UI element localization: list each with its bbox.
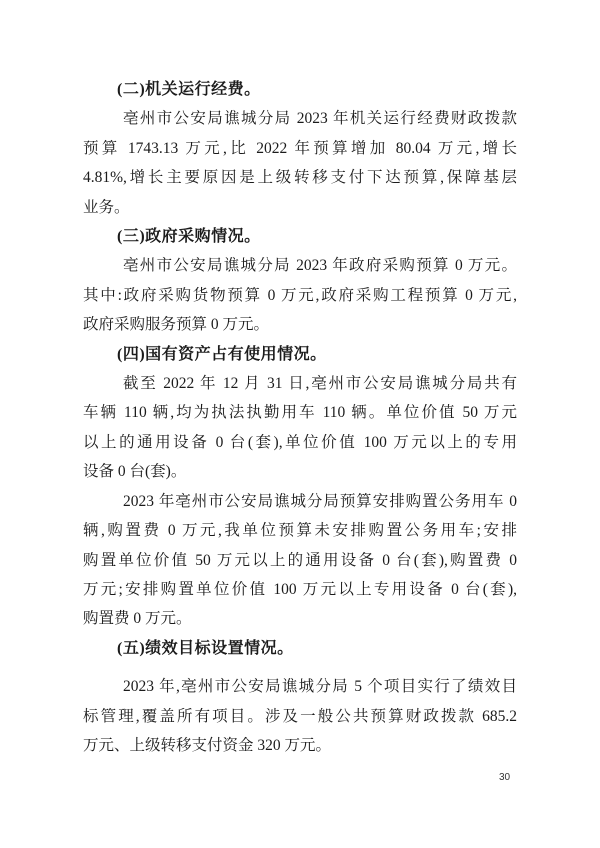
document-page: (二)机关运行经费。亳州市公安局谯城分局 2023 年机关运行经费财政拨款预算 …: [0, 0, 600, 848]
document-body: (二)机关运行经费。亳州市公安局谯城分局 2023 年机关运行经费财政拨款预算 …: [83, 75, 517, 760]
text-line: 标管理,覆盖所有项目。涉及一般公共预算财政拨款 685.2: [83, 702, 517, 731]
text-line: 业务。: [83, 193, 517, 222]
section: (五)绩效目标设置情况。2023 年,亳州市公安局谯城分局 5 个项目实行了绩效…: [83, 634, 517, 761]
text-line: 预算 1743.13 万元,比 2022 年预算增加 80.04 万元,增长: [83, 134, 517, 163]
text-line: 亳州市公安局谯城分局 2023 年机关运行经费财政拨款: [83, 104, 517, 133]
section: (二)机关运行经费。亳州市公安局谯城分局 2023 年机关运行经费财政拨款预算 …: [83, 75, 517, 222]
section: (三)政府采购情况。亳州市公安局谯城分局 2023 年政府采购预算 0 万元。其…: [83, 222, 517, 340]
text-line: 2023 年,亳州市公安局谯城分局 5 个项目实行了绩效目: [83, 672, 517, 701]
text-line: 购置费 0 万元。: [83, 604, 517, 633]
text-line: 政府采购服务预算 0 万元。: [83, 310, 517, 339]
text-line: 辆,购置费 0 万元,我单位预算未安排购置公务用车;安排: [83, 516, 517, 545]
paragraph: 亳州市公安局谯城分局 2023 年机关运行经费财政拨款预算 1743.13 万元…: [83, 104, 517, 222]
text-line: 亳州市公安局谯城分局 2023 年政府采购预算 0 万元。: [83, 251, 517, 280]
text-line: 购置单位价值 50 万元以上的通用设备 0 台(套),购置费 0: [83, 546, 517, 575]
text-line: 以上的通用设备 0 台(套),单位价值 100 万元以上的专用: [83, 428, 517, 457]
paragraph: 2023 年,亳州市公安局谯城分局 5 个项目实行了绩效目标管理,覆盖所有项目。…: [83, 672, 517, 760]
text-line: 设备 0 台(套)。: [83, 457, 517, 486]
text-line: 其中:政府采购货物预算 0 万元,政府采购工程预算 0 万元,: [83, 281, 517, 310]
section-heading: (四)国有资产占有使用情况。: [83, 340, 517, 369]
section: (四)国有资产占有使用情况。截至 2022 年 12 月 31 日,亳州市公安局…: [83, 340, 517, 634]
text-line: 车辆 110 辆,均为执法执勤用车 110 辆。单位价值 50 万元: [83, 398, 517, 427]
paragraph: 截至 2022 年 12 月 31 日,亳州市公安局谯城分局共有车辆 110 辆…: [83, 369, 517, 487]
text-line: 截至 2022 年 12 月 31 日,亳州市公安局谯城分局共有: [83, 369, 517, 398]
page-number: 30: [499, 772, 510, 783]
text-line: 万元、上级转移支付资金 320 万元。: [83, 731, 517, 760]
section-heading: (五)绩效目标设置情况。: [83, 634, 517, 663]
text-line: 2023 年亳州市公安局谯城分局预算安排购置公务用车 0: [83, 487, 517, 516]
paragraph: 亳州市公安局谯城分局 2023 年政府采购预算 0 万元。其中:政府采购货物预算…: [83, 251, 517, 339]
text-line: 4.81%,增长主要原因是上级转移支付下达预算,保障基层: [83, 163, 517, 192]
section-heading: (二)机关运行经费。: [83, 75, 517, 104]
section-heading: (三)政府采购情况。: [83, 222, 517, 251]
text-line: 万元;安排购置单位价值 100 万元以上专用设备 0 台(套),: [83, 575, 517, 604]
paragraph: 2023 年亳州市公安局谯城分局预算安排购置公务用车 0辆,购置费 0 万元,我…: [83, 487, 517, 634]
